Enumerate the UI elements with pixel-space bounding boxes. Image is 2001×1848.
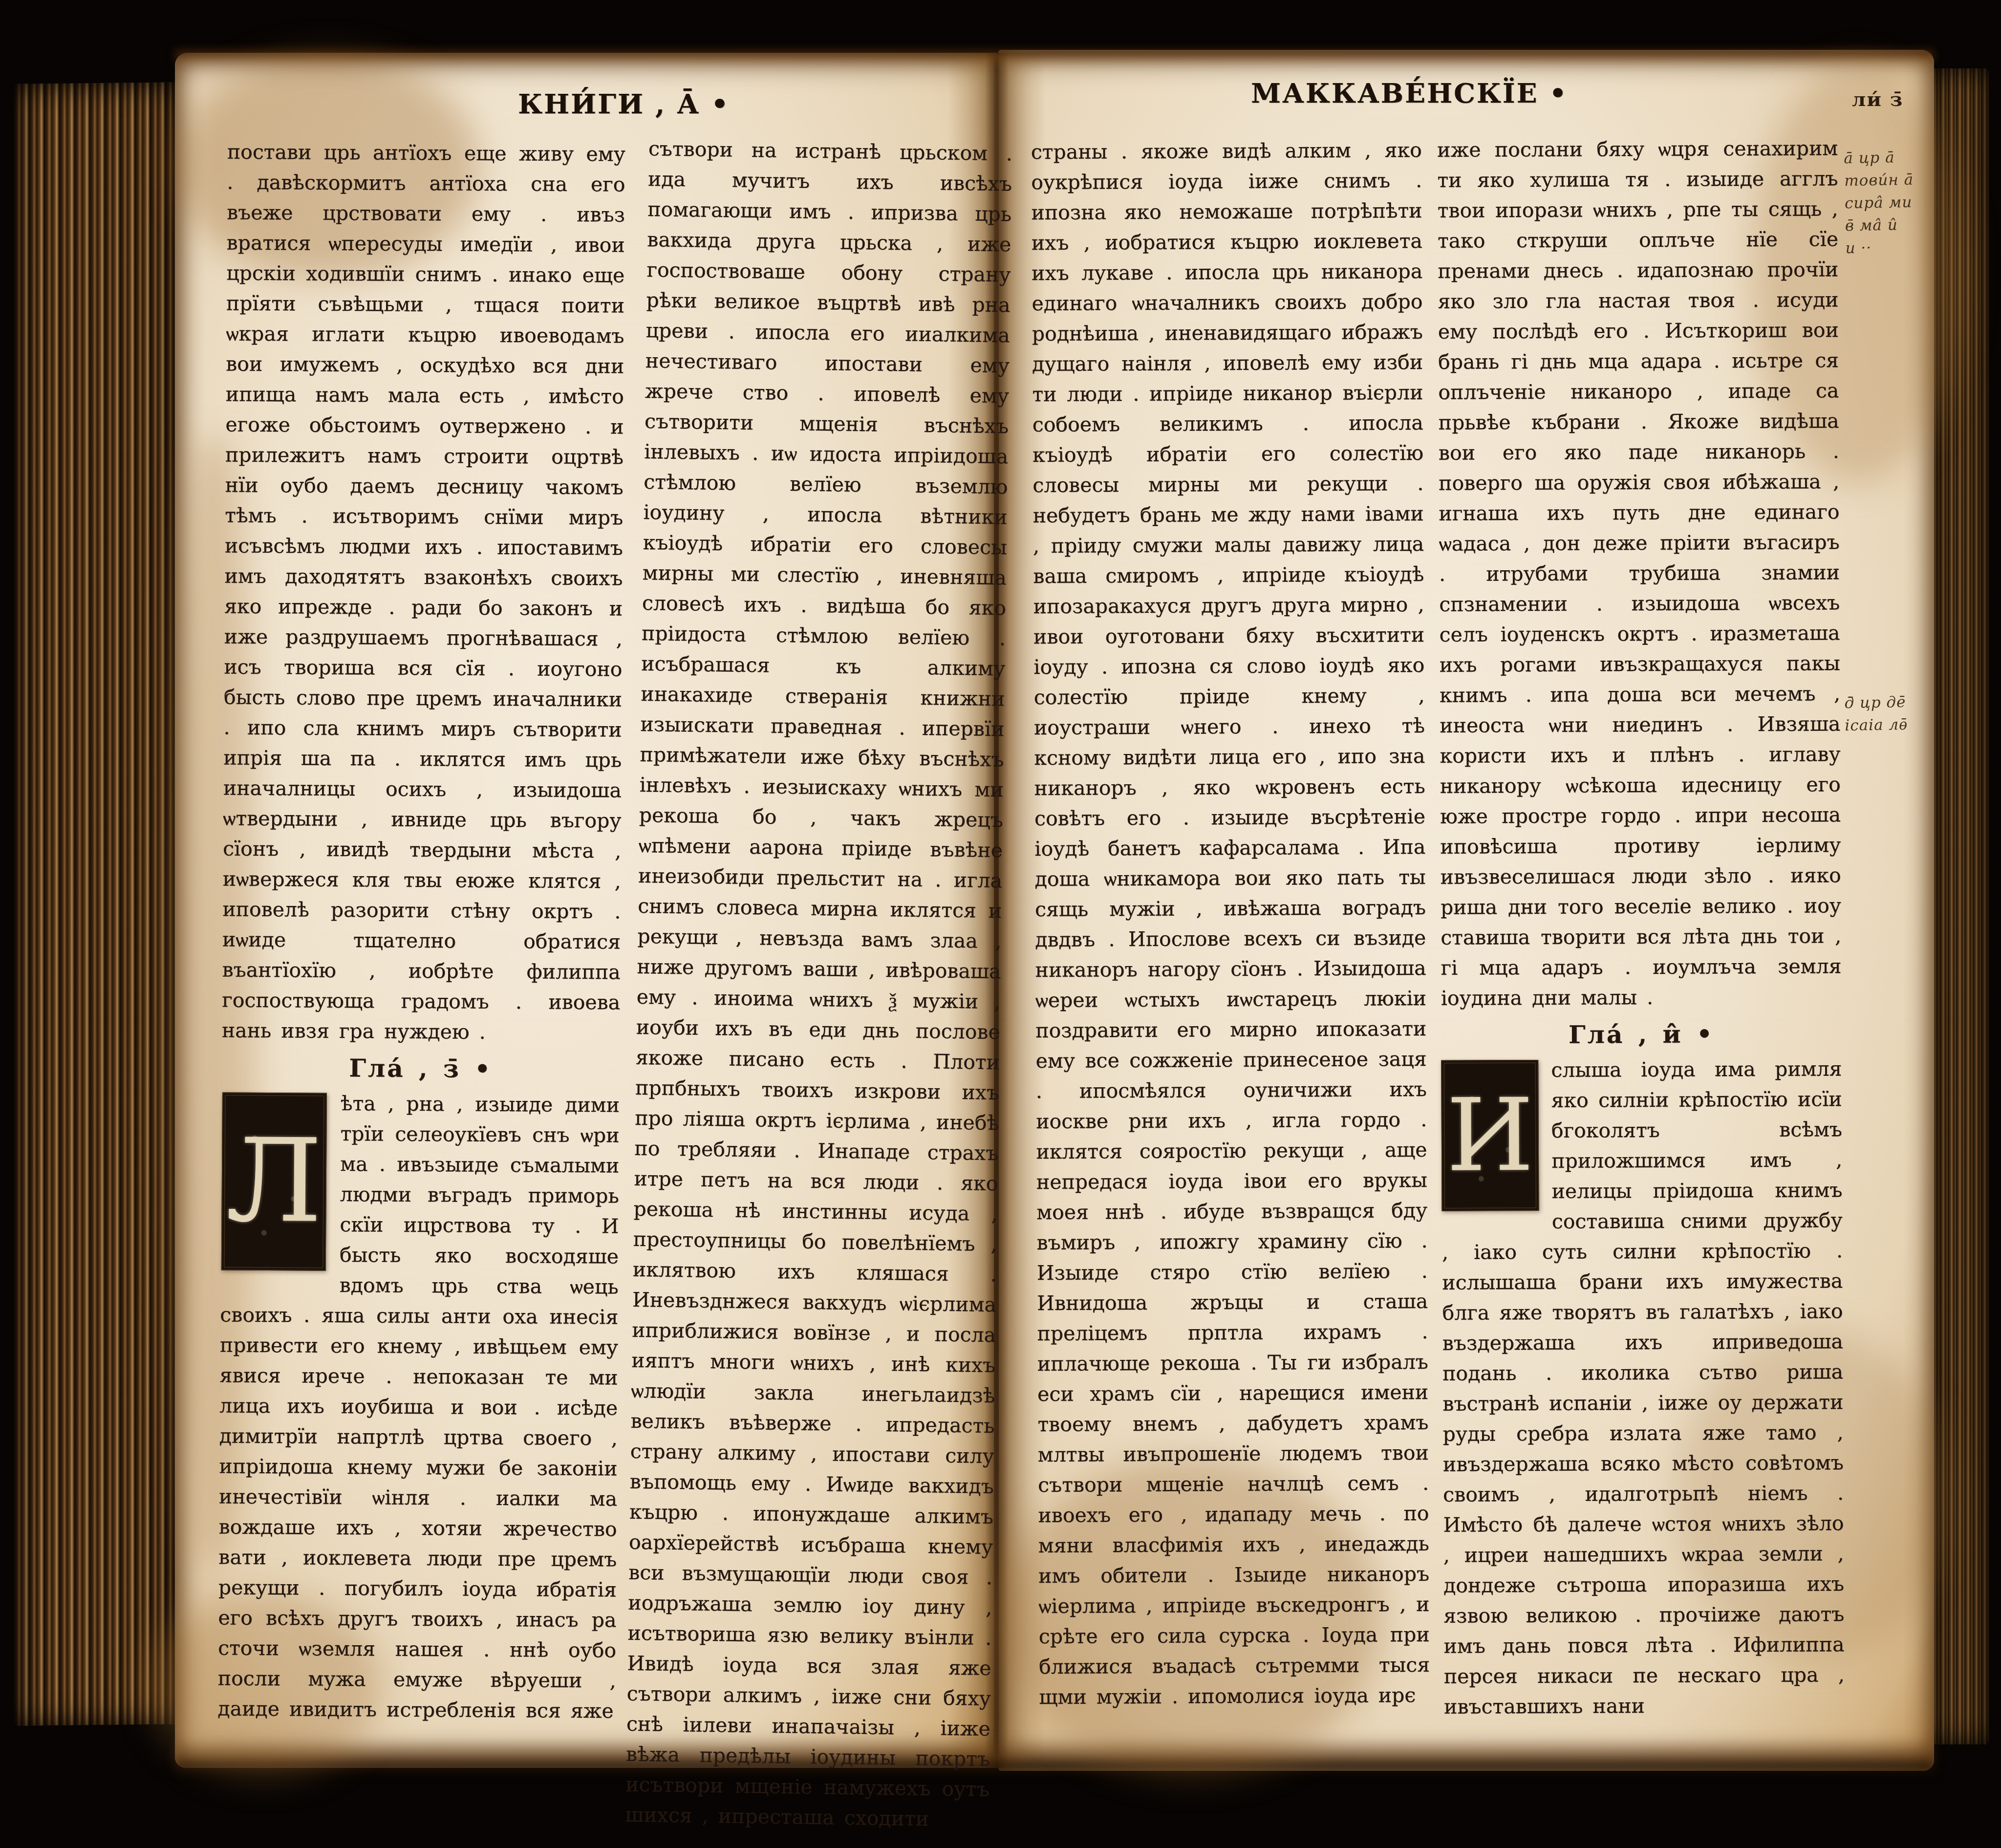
left-page-edge-stack xyxy=(14,82,180,1726)
chapter-heading-8: Гла́ , и̂ • xyxy=(1441,1018,1842,1051)
right-col1-text: страны . якоже видѣ алким , яко оукрѣпис… xyxy=(1031,135,1430,1712)
folio-number: ли́ з̄ xyxy=(1852,88,1903,111)
book-photo: КНИ́ГИ , А̄ • МАККАВЕ́НСКЇЕ • ли́ з̄ а̄ … xyxy=(0,0,2001,1848)
right-page-edge-stack xyxy=(1931,68,1989,1744)
right-col2-chapter-body: Ислыша іоуда има римля яко силніи крѣпос… xyxy=(1441,1053,1845,1722)
woodcut-initial-L: Л xyxy=(221,1093,327,1271)
margin-notes-top: а̄ цр а̄ тови́н а̄ сира̂ ми в̄ ма̂ и̂ и … xyxy=(1844,146,1915,259)
top-edge-burn xyxy=(175,49,1934,65)
left-column-2: сътвори на истранѣ црьском . ида мучитъ … xyxy=(625,133,1012,1835)
left-col1-text-before: постави црь антїохъ еще живу ему . давѣс… xyxy=(222,137,625,1048)
running-head-right: МАККАВЕ́НСКЇЕ • xyxy=(1251,77,1568,109)
right-column-1: страны . якоже видѣ алким , яко оукрѣпис… xyxy=(1031,135,1430,1712)
chapter-heading-7: Гла́ , з̄ • xyxy=(221,1053,620,1085)
bottom-edge-burn xyxy=(175,1738,1934,1772)
woodcut-initial-I: И xyxy=(1441,1060,1539,1211)
margin-note-middle: д̄ цр де̄ ісаіа лѳ̄ xyxy=(1844,691,1908,737)
right-column-2: иже послани бяху ѡцря сенахирим ти яко х… xyxy=(1437,133,1845,1722)
left-col2-text: сътвори на истранѣ црьском . ида мучитъ … xyxy=(625,133,1012,1835)
right-col2-text-before: иже послани бяху ѡцря сенахирим ти яко х… xyxy=(1437,133,1842,1013)
left-column-1: постави црь антїохъ еще живу ему . давѣс… xyxy=(217,137,625,1726)
left-col1-chapter-body: Лѣта , рна , изыиде дими трїи селеоукїев… xyxy=(217,1088,620,1726)
running-head-left: КНИ́ГИ , А̄ • xyxy=(518,88,730,120)
